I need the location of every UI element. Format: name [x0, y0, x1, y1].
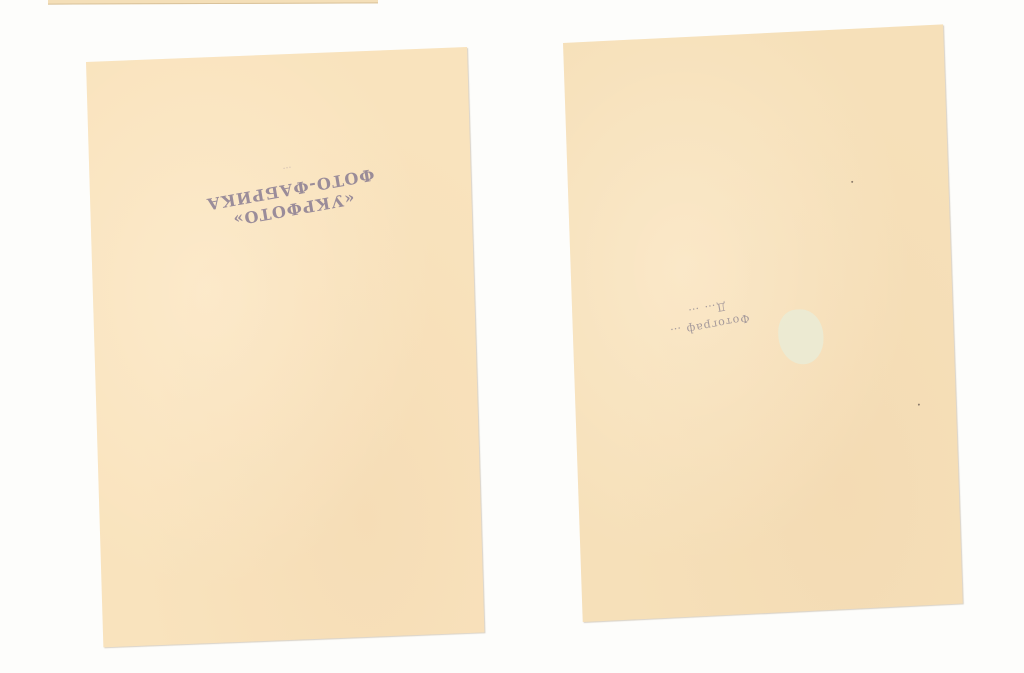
photo-card-back-left: «УКРФОТО» ФОТО-ФАБРИКА … [86, 47, 484, 647]
studio-stamp-right: Фотограф … Д… … [665, 294, 750, 341]
paper-smudge [777, 308, 824, 365]
photo-card-back-right: Фотограф … Д… … [563, 24, 963, 622]
partial-card-top-edge [48, 0, 378, 5]
speck [851, 181, 853, 183]
speck [918, 404, 920, 406]
studio-stamp-left: «УКРФОТО» ФОТО-ФАБРИКА … [201, 144, 379, 233]
